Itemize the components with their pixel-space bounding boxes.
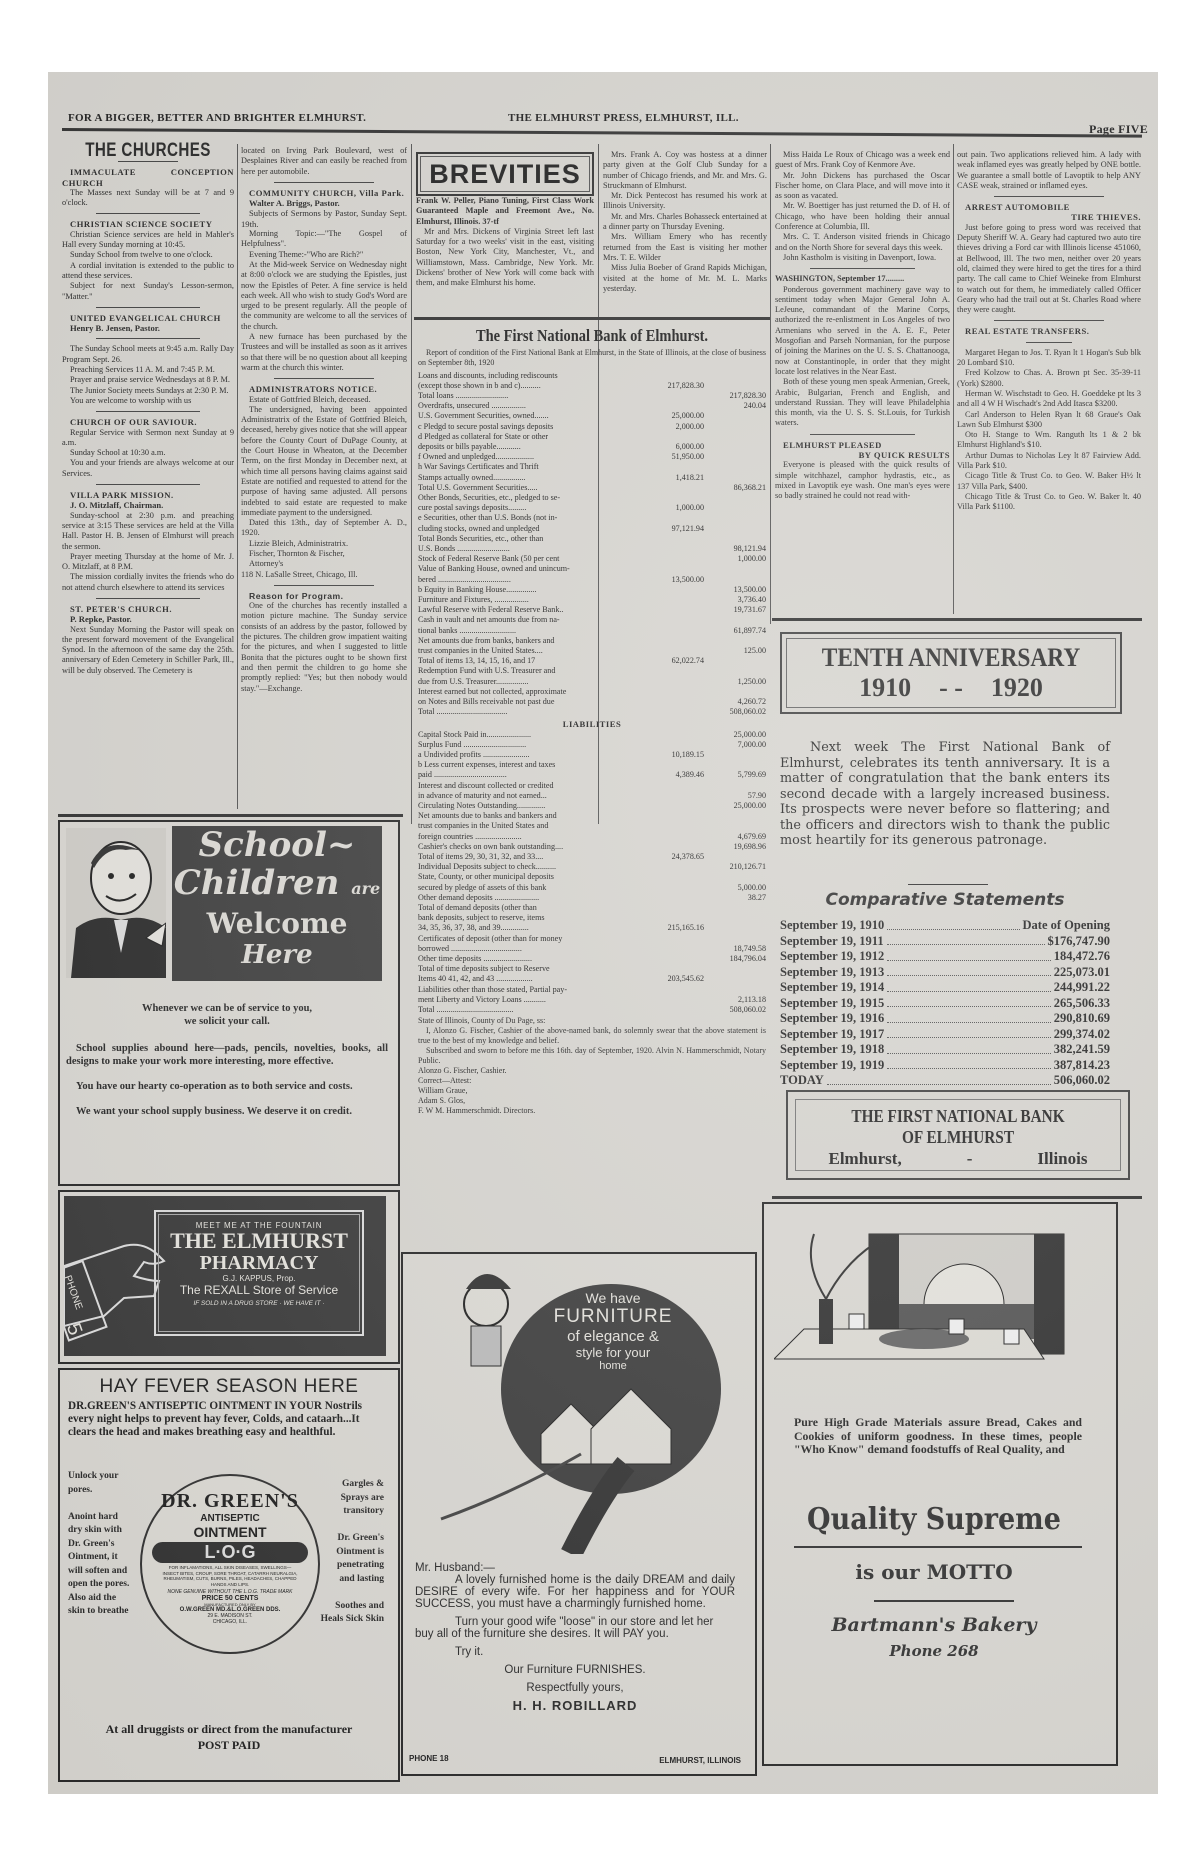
report-row: in advance of maturity and not earned...… bbox=[418, 791, 766, 801]
report-row: h War Savings Certificates and Thrift bbox=[418, 462, 766, 472]
church-chairman: J. O. Mitzlaff, Chairman. bbox=[62, 500, 234, 510]
row-total bbox=[704, 452, 766, 462]
row-total bbox=[704, 493, 766, 503]
row-label: Circulating Notes Outstanding...........… bbox=[418, 801, 626, 811]
report-row: trust companies in the United States....… bbox=[418, 646, 766, 656]
statement-row: September 19, 1916290,810.69 bbox=[780, 1011, 1110, 1027]
seal-uses: FOR INFLAMATIONS, ALL SKIN DISEASES, SWE… bbox=[162, 1565, 298, 1587]
brevities-left: Frank W. Peller, Piano Tuning, First Cla… bbox=[416, 196, 594, 289]
signature: Correct—Attest: bbox=[418, 1076, 766, 1086]
brevity-item: Mrs. Frank A. Coy was hostess at a dinne… bbox=[603, 150, 767, 191]
row-label: (except those shown in b and c).........… bbox=[418, 381, 626, 391]
row-subtotal bbox=[626, 872, 704, 882]
row-label: Interest earned but not collected, appro… bbox=[418, 687, 626, 697]
row-label: foreign countries ......................… bbox=[418, 832, 626, 842]
row-label: a Undivided profits ....................… bbox=[418, 750, 626, 760]
separator-dash: - bbox=[967, 1149, 973, 1169]
report-row: due from U.S. Treasurer................1… bbox=[418, 677, 766, 687]
row-label: Total of time deposits subject to Reserv… bbox=[418, 964, 626, 974]
row-total: 25,000.00 bbox=[704, 801, 766, 811]
row-subtotal bbox=[626, 862, 704, 872]
statement-value: 506,060.02 bbox=[1054, 1073, 1110, 1089]
church-body: You are welcome to worship with us bbox=[62, 396, 234, 406]
row-subtotal bbox=[626, 964, 704, 974]
row-subtotal bbox=[626, 944, 704, 954]
row-subtotal: 51,950.00 bbox=[626, 452, 704, 462]
row-label: Stamps actually owned................ bbox=[418, 473, 626, 483]
news-item: John Kastholm is visiting in Davenport, … bbox=[775, 253, 950, 263]
church-body: Sunday School at 10:30 a.m. bbox=[62, 448, 234, 458]
row-label: Other time deposits ....................… bbox=[418, 954, 626, 964]
brevity-item: Mr and Mrs. Dickens of Virginia Street l… bbox=[416, 227, 594, 289]
transfer-item: Oto H. Stange to Wm. Ranguth lts 1 & 2 b… bbox=[957, 430, 1141, 451]
brevity-item: Mr. Dick Pentecost has resumed his work … bbox=[603, 191, 767, 212]
report-row: Interest and discount collected or credi… bbox=[418, 781, 766, 791]
row-label: tional banks ...........................… bbox=[418, 626, 626, 636]
row-subtotal bbox=[626, 821, 704, 831]
signature: 118 N. LaSalle Street, Chicago, Ill. bbox=[241, 570, 407, 580]
row-label: b Equity in Banking House............... bbox=[418, 585, 626, 595]
church-body: Regular Service with Sermon next Sunday … bbox=[62, 428, 234, 449]
row-label: Total ..................................… bbox=[418, 707, 626, 717]
row-total: 19,731.67 bbox=[704, 605, 766, 615]
statement-row: September 19, 1915265,506.33 bbox=[780, 996, 1110, 1012]
statement-row: September 19, 1914244,991.22 bbox=[780, 980, 1110, 996]
banner-line: School~ bbox=[172, 826, 382, 864]
side-text: Also aid the skin to breathe bbox=[68, 1592, 130, 1619]
article-body: Ponderous government machinery gave way … bbox=[775, 285, 950, 378]
report-row: d Pledged as collateral for State or oth… bbox=[418, 432, 766, 442]
report-row: Furniture and Fixtures, ................… bbox=[418, 595, 766, 605]
row-total: 1,250.00 bbox=[704, 677, 766, 687]
report-row: Net amounts due from banks, bankers and bbox=[418, 636, 766, 646]
report-row: (except those shown in b and c).........… bbox=[418, 381, 766, 391]
column-four: Miss Haida Le Roux of Chicago was a week… bbox=[775, 150, 950, 502]
report-row: trust companies in the United States and bbox=[418, 821, 766, 831]
headline-line: home bbox=[523, 1360, 703, 1372]
row-label: in advance of maturity and not earned... bbox=[418, 791, 626, 801]
statement-value: 244,991.22 bbox=[1054, 980, 1110, 996]
row-total bbox=[704, 524, 766, 534]
signature: Lizzie Bleich, Administratrix. bbox=[241, 539, 407, 549]
row-total bbox=[704, 666, 766, 676]
row-total: 240.04 bbox=[704, 401, 766, 411]
church-name: CHURCH OF OUR SAVIOUR. bbox=[62, 417, 234, 427]
continued-text: out pain. Two applications relieved him.… bbox=[957, 150, 1141, 191]
ad-closing: Respectfully yours, bbox=[415, 1682, 735, 1694]
row-label: Surplus Fund ...........................… bbox=[418, 740, 626, 750]
column-five: out pain. Two applications relieved him.… bbox=[957, 150, 1141, 513]
row-subtotal bbox=[626, 883, 704, 893]
row-total bbox=[704, 636, 766, 646]
statement-date: September 19, 1918 bbox=[780, 1042, 884, 1058]
row-subtotal bbox=[626, 730, 704, 740]
article-heading: REAL ESTATE TRANSFERS. bbox=[957, 326, 1141, 336]
side-text: Unlock your pores. bbox=[68, 1470, 130, 1497]
row-total bbox=[704, 371, 766, 381]
hay-right-side: Gargles & Sprays are transitory Dr. Gree… bbox=[320, 1478, 384, 1627]
church-body: Sunday School from twelve to one o'clock… bbox=[62, 250, 234, 260]
article-heading: TIRE THIEVES. bbox=[957, 212, 1141, 222]
ad-line: Whenever we can be of service to you, bbox=[66, 1002, 388, 1015]
row-subtotal bbox=[626, 707, 704, 717]
report-row: cure postal savings deposits.........1,0… bbox=[418, 503, 766, 513]
row-label: Total of demand deposits (other than bbox=[418, 903, 626, 913]
church-name: ST. PETER'S CHURCH. bbox=[62, 604, 234, 614]
comparative-title: Comparative Statements bbox=[780, 890, 1110, 910]
row-subtotal: 203,545.62 bbox=[626, 974, 704, 984]
row-total bbox=[704, 432, 766, 442]
row-total bbox=[704, 687, 766, 697]
statement-date: September 19, 1914 bbox=[780, 980, 884, 996]
row-total bbox=[704, 473, 766, 483]
ad-paragraph: A lovely furnished home is the daily DRE… bbox=[415, 1574, 735, 1610]
paper-name: THE ELMHURST PRESS, ELMHURST, ILL. bbox=[508, 112, 739, 124]
report-row: Redemption Fund with U.S. Treasurer and bbox=[418, 666, 766, 676]
report-row: paid ...................................… bbox=[418, 770, 766, 780]
row-subtotal bbox=[626, 493, 704, 503]
row-label: Net amounts due to banks and bankers and bbox=[418, 811, 626, 821]
report-row: deposits or bills payable............6,0… bbox=[418, 442, 766, 452]
side-text: Soothes and Heals Sick Skin bbox=[320, 1600, 384, 1627]
article-heading: BY QUICK RESULTS bbox=[775, 450, 950, 460]
bakery-ad: Pure High Grade Materials assure Bread, … bbox=[762, 1202, 1118, 1766]
row-label: U.S. Government Securities, owned....... bbox=[418, 411, 626, 421]
article-heading: Reason for Program. bbox=[241, 591, 407, 601]
statement-value: 265,506.33 bbox=[1054, 996, 1110, 1012]
row-label: h War Savings Certificates and Thrift bbox=[418, 462, 626, 472]
report-row: Total of items 13, 14, 15, 16, and 1762,… bbox=[418, 656, 766, 666]
hay-footer2: POST PAID bbox=[60, 1738, 398, 1753]
churches-title: THE CHURCHES bbox=[79, 146, 217, 156]
row-total: 5,799.69 bbox=[704, 770, 766, 780]
row-label: Total loans .......................... bbox=[418, 391, 626, 401]
banner-line: are bbox=[351, 879, 380, 898]
divider bbox=[794, 1546, 1082, 1548]
report-row: Liabilities other than those stated, Par… bbox=[418, 985, 766, 995]
row-label: cure postal savings deposits......... bbox=[418, 503, 626, 513]
news-item: Mr. W. Boettiger has just returned the D… bbox=[775, 201, 950, 232]
report-row: Total Bonds Securities, etc., other than bbox=[418, 534, 766, 544]
statement-row: September 19, 1919387,814.23 bbox=[780, 1058, 1110, 1074]
row-subtotal bbox=[626, 585, 704, 595]
statement-date: September 19, 1911 bbox=[780, 934, 884, 950]
report-row: c Pledgd to secure postal savings deposi… bbox=[418, 422, 766, 432]
report-row: on Notes and Bills receivable not past d… bbox=[418, 697, 766, 707]
boy-illustration-icon bbox=[66, 828, 166, 978]
report-row: Interest earned but not collected, appro… bbox=[418, 687, 766, 697]
row-total bbox=[704, 750, 766, 760]
row-total bbox=[704, 913, 766, 923]
article-body: At the Mid-week Service on Wednesday nig… bbox=[241, 260, 407, 332]
row-subtotal bbox=[626, 677, 704, 687]
row-subtotal bbox=[626, 995, 704, 1005]
row-total: 1,000.00 bbox=[704, 554, 766, 564]
report-row: f Owned and unpledged...................… bbox=[418, 452, 766, 462]
church-name: VILLA PARK MISSION. bbox=[62, 490, 234, 500]
brevities-box: BREVITIES bbox=[416, 152, 594, 196]
article-body: The undersigned, having been appointed A… bbox=[241, 405, 407, 518]
sermon-subjects: Subjects of Sermons by Pastor, Sunday Se… bbox=[241, 208, 407, 229]
report-row: Items 40 41, 42, and 43 ................… bbox=[418, 974, 766, 984]
transfer-item: Chicago Title & Trust Co. to Geo. W. Bak… bbox=[957, 492, 1141, 513]
row-subtotal: 13,500.00 bbox=[626, 575, 704, 585]
row-total bbox=[704, 781, 766, 791]
row-subtotal bbox=[626, 626, 704, 636]
report-row: bank deposits, subject to reserve, items bbox=[418, 913, 766, 923]
signature: Adam S. Glos, bbox=[418, 1096, 766, 1106]
bakery-name: Bartmann's Bakery bbox=[784, 1614, 1084, 1636]
row-label: Lawful Reserve with Federal Reserve Bank… bbox=[418, 605, 626, 615]
church-body: Prayer and praise service Wednesdays at … bbox=[62, 375, 234, 385]
report-row: Total U.S. Government Securities.....86,… bbox=[418, 483, 766, 493]
statement-date: September 19, 1912 bbox=[780, 949, 884, 965]
row-total: 508,060.02 bbox=[704, 1005, 766, 1015]
row-subtotal bbox=[626, 934, 704, 944]
year-end: 1920 bbox=[991, 673, 1043, 703]
row-label: on Notes and Bills receivable not past d… bbox=[418, 697, 626, 707]
row-subtotal bbox=[626, 687, 704, 697]
article-heading: ELMHURST PLEASED bbox=[775, 440, 950, 450]
bank-name-line1: THE FIRST NATIONAL BANK bbox=[820, 1106, 1095, 1127]
bakery-ad-body: Pure High Grade Materials assure Bread, … bbox=[794, 1416, 1082, 1457]
row-total: 508,060.02 bbox=[704, 707, 766, 717]
report-row: Total loans ..........................21… bbox=[418, 391, 766, 401]
brevity-item: Frank W. Peller, Piano Tuning, First Cla… bbox=[416, 196, 594, 227]
row-label: Cash in vault and net amounts due from n… bbox=[418, 615, 626, 625]
report-row: State, County, or other municipal deposi… bbox=[418, 872, 766, 882]
row-label: Items 40 41, 42, and 43 ................… bbox=[418, 974, 626, 984]
report-row: Total ..................................… bbox=[418, 1005, 766, 1015]
row-total: 5,000.00 bbox=[704, 883, 766, 893]
statement-row: September 19, 1911$176,747.90 bbox=[780, 934, 1110, 950]
pharmacy-name: THE ELMHURST bbox=[156, 1230, 362, 1252]
row-label: d Pledged as collateral for State or oth… bbox=[418, 432, 626, 442]
statement-value: 299,374.02 bbox=[1054, 1027, 1110, 1043]
row-label: Stock of Federal Reserve Bank (50 per ce… bbox=[418, 554, 626, 564]
church-body: The Junior Society meets Sundays at 2:30… bbox=[62, 386, 234, 396]
oath-line: I, Alonzo G. Fischer, Cashier of the abo… bbox=[418, 1026, 766, 1046]
report-row: Value of Banking House, owned and unincu… bbox=[418, 564, 766, 574]
row-total: 61,897.74 bbox=[704, 626, 766, 636]
bank-report: The First National Bank of Elmhurst. Rep… bbox=[414, 326, 770, 1117]
row-label: Value of Banking House, owned and unincu… bbox=[418, 564, 626, 574]
report-row: Lawful Reserve with Federal Reserve Bank… bbox=[418, 605, 766, 615]
row-total: 210,126.71 bbox=[704, 862, 766, 872]
row-total: 184,796.04 bbox=[704, 954, 766, 964]
statement-value: 290,810.69 bbox=[1054, 1011, 1110, 1027]
row-label: Redemption Fund with U.S. Treasurer and bbox=[418, 666, 626, 676]
report-row: Cash in vault and net amounts due from n… bbox=[418, 615, 766, 625]
row-label: bered ..................................… bbox=[418, 575, 626, 585]
bakery-phone: Phone 268 bbox=[784, 1642, 1084, 1660]
row-subtotal bbox=[626, 985, 704, 995]
row-label: Furniture and Fixtures, ................… bbox=[418, 595, 626, 605]
church-name: CHRISTIAN SCIENCE SOCIETY bbox=[62, 219, 234, 229]
report-row: Total of time deposits subject to Reserv… bbox=[418, 964, 766, 974]
row-subtotal bbox=[626, 913, 704, 923]
row-total bbox=[704, 442, 766, 452]
article-body: Dated this 13th., day of September A. D.… bbox=[241, 518, 407, 539]
signature: F. W M. Hammerschmidt. Directors. bbox=[418, 1106, 766, 1116]
merchant-name: H. H. ROBILLARD bbox=[415, 1700, 735, 1712]
signature: William Graue, bbox=[418, 1086, 766, 1096]
row-subtotal bbox=[626, 432, 704, 442]
seal-city: CHICAGO, ILL. bbox=[142, 1619, 318, 1625]
comparative-statements: September 19, 1910Date of OpeningSeptemb… bbox=[780, 918, 1110, 1089]
row-subtotal bbox=[626, 615, 704, 625]
row-total bbox=[704, 534, 766, 544]
article-body: One of the churches has recently install… bbox=[241, 601, 407, 694]
row-total bbox=[704, 872, 766, 882]
row-total bbox=[704, 615, 766, 625]
section-rule bbox=[58, 814, 403, 817]
row-subtotal: 10,189.15 bbox=[626, 750, 704, 760]
row-label: f Owned and unpledged................... bbox=[418, 452, 626, 462]
row-label: deposits or bills payable............ bbox=[418, 442, 626, 452]
report-row: U.S. Government Securities, owned.......… bbox=[418, 411, 766, 421]
report-row: Individual Deposits subject to check....… bbox=[418, 862, 766, 872]
statement-row: September 19, 1913225,073.01 bbox=[780, 965, 1110, 981]
bank-report-intro: Report of condition of the First Nationa… bbox=[418, 348, 766, 369]
row-total: 57.90 bbox=[704, 791, 766, 801]
row-label: Certificates of deposit (other than for … bbox=[418, 934, 626, 944]
row-total bbox=[704, 974, 766, 984]
statement-value: Date of Opening bbox=[1023, 918, 1111, 934]
church-body: Christian Science services are held in M… bbox=[62, 230, 234, 251]
hay-left-side: Unlock your pores. Anoint hard dry skin … bbox=[68, 1470, 130, 1619]
breakfast-table-illustration-icon bbox=[774, 1224, 1074, 1374]
transfer-item: Herman W. Wischstadt to Geo. H. Goeddeke… bbox=[957, 389, 1141, 410]
statement-value: 225,073.01 bbox=[1054, 965, 1110, 981]
row-total: 13,500.00 bbox=[704, 585, 766, 595]
row-total bbox=[704, 964, 766, 974]
row-label: 34, 35, 36, 37, 38, and 39.............. bbox=[418, 923, 626, 933]
row-total: 18,749.58 bbox=[704, 944, 766, 954]
church-body: A cordial invitation is extended to the … bbox=[62, 261, 234, 282]
article-body: Morning Topic:—"The Gospel of Helpfulnes… bbox=[241, 229, 407, 250]
row-subtotal bbox=[626, 832, 704, 842]
row-subtotal bbox=[626, 801, 704, 811]
hay-footer1: At all druggists or direct from the manu… bbox=[60, 1722, 398, 1737]
pharmacy-proprietor: G.J. KAPPUS, Prop. bbox=[156, 1274, 362, 1283]
anniversary-title: TENTH ANNIVERSARY bbox=[803, 643, 1098, 673]
row-subtotal bbox=[626, 893, 704, 903]
row-subtotal bbox=[626, 371, 704, 381]
ointment-seal: DR. GREEN'S ANTISEPTIC OINTMENT L·O·G FO… bbox=[140, 1474, 320, 1654]
banner-line: Welcome bbox=[172, 908, 382, 940]
statement-value: 387,814.23 bbox=[1054, 1058, 1110, 1074]
church-body: You and your friends are always welcome … bbox=[62, 458, 234, 479]
news-item: Mrs. C. T. Anderson visited friends in C… bbox=[775, 232, 950, 253]
report-row: secured by pledge of assets of this bank… bbox=[418, 883, 766, 893]
statement-row: TODAY506,060.02 bbox=[780, 1073, 1110, 1089]
furniture-location: ELMHURST, ILLINOIS bbox=[659, 1756, 741, 1765]
row-label: Total of items 29, 30, 31, 32, and 33...… bbox=[418, 852, 626, 862]
church-body: Subject for next Sunday's Lesson-sermon,… bbox=[62, 281, 234, 302]
seal-price: PRICE 50 CENTS bbox=[142, 1595, 318, 1602]
hay-fever-ad: HAY FEVER SEASON HERE DR.GREEN'S ANTISEP… bbox=[58, 1368, 400, 1782]
year-dash: - - bbox=[939, 673, 963, 703]
row-subtotal bbox=[626, 595, 704, 605]
row-subtotal: 217,828.30 bbox=[626, 381, 704, 391]
pharmacy-name: PHARMACY bbox=[156, 1252, 362, 1274]
row-subtotal: 25,000.00 bbox=[626, 411, 704, 421]
row-subtotal bbox=[626, 903, 704, 913]
furniture-ad-body: Mr. Husband:— A lovely furnished home is… bbox=[415, 1562, 735, 1712]
statement-date: September 19, 1916 bbox=[780, 1011, 884, 1027]
report-row: Overdrafts, unsecured .................2… bbox=[418, 401, 766, 411]
banner-line: Here bbox=[172, 940, 382, 970]
report-row: Certificates of deposit (other than for … bbox=[418, 934, 766, 944]
brevities-right: Mrs. Frank A. Coy was hostess at a dinne… bbox=[603, 150, 767, 294]
row-label: U.S. Bonds .......................... bbox=[418, 544, 626, 554]
statement-date: September 19, 1913 bbox=[780, 965, 884, 981]
row-total bbox=[704, 513, 766, 523]
statement-date: September 19, 1915 bbox=[780, 996, 884, 1012]
church-body: The Masses next Sunday will be at 7 and … bbox=[62, 188, 234, 209]
oath-line: Subscribed and sworn to before me this 1… bbox=[418, 1046, 766, 1066]
row-subtotal bbox=[626, 513, 704, 523]
report-row: Circulating Notes Outstanding...........… bbox=[418, 801, 766, 811]
statement-row: September 19, 1917299,374.02 bbox=[780, 1027, 1110, 1043]
row-total: 25,000.00 bbox=[704, 730, 766, 740]
row-total bbox=[704, 656, 766, 666]
report-row: Other time deposits ....................… bbox=[418, 954, 766, 964]
continued-text: located on Irving Park Boulevard, west o… bbox=[241, 146, 407, 177]
report-row: Surplus Fund ...........................… bbox=[418, 740, 766, 750]
news-item: Mr. John Dickens has purchased the Oscar… bbox=[775, 171, 950, 202]
section-rule bbox=[414, 317, 770, 320]
article-heading: COMMUNITY CHURCH, Villa Park. bbox=[241, 188, 407, 198]
brevity-item: Mrs. William Emery who has recently retu… bbox=[603, 232, 767, 263]
row-total: 217,828.30 bbox=[704, 391, 766, 401]
side-text: Anoint hard dry skin with Dr. Green's Oi… bbox=[68, 1511, 130, 1592]
school-ad-body: Whenever we can be of service to you, we… bbox=[66, 1002, 388, 1118]
report-row: Other demand deposits ..................… bbox=[418, 893, 766, 903]
hay-fever-intro: DR.GREEN'S ANTISEPTIC OINTMENT IN YOUR N… bbox=[68, 1400, 390, 1439]
pharmacy-banner: PHONE 5 MEET ME AT THE FOUNTAIN THE ELMH… bbox=[64, 1196, 386, 1356]
article-heading: ARREST AUTOMOBILE bbox=[957, 202, 1141, 212]
pharmacy-slogan: The REXALL Store of Service bbox=[156, 1283, 362, 1297]
row-label: Other demand deposits ..................… bbox=[418, 893, 626, 903]
row-subtotal: 97,121.94 bbox=[626, 524, 704, 534]
statement-row: September 19, 1918382,241.59 bbox=[780, 1042, 1110, 1058]
report-row: Cashier's checks on own bank outstanding… bbox=[418, 842, 766, 852]
row-total: 19,698.96 bbox=[704, 842, 766, 852]
row-label: trust companies in the United States.... bbox=[418, 646, 626, 656]
salutation: Mr. Husband:— bbox=[415, 1562, 735, 1574]
church-body: Preaching Services 11 A. M. and 7:45 P. … bbox=[62, 365, 234, 375]
row-total: 4,260.72 bbox=[704, 697, 766, 707]
furniture-ad: We have FURNITURE of elegance & style fo… bbox=[401, 1252, 757, 1776]
row-total bbox=[704, 411, 766, 421]
hay-fever-title: HAY FEVER SEASON HERE bbox=[60, 1376, 398, 1398]
row-label: Capital Stock Paid in...................… bbox=[418, 730, 626, 740]
transfer-item: Margaret Hegan to Jos. T. Ryan lt 1 Hoga… bbox=[957, 348, 1141, 369]
report-row: Stock of Federal Reserve Bank (50 per ce… bbox=[418, 554, 766, 564]
church-name: UNITED EVANGELICAL CHURCH bbox=[62, 313, 234, 323]
pharmacy-footer: IF SOLD IN A DRUG STORE · WE HAVE IT · bbox=[156, 1300, 362, 1307]
headline-line: FURNITURE bbox=[523, 1306, 703, 1328]
row-subtotal bbox=[626, 554, 704, 564]
statement-value: 382,241.59 bbox=[1054, 1042, 1110, 1058]
row-label: Total of items 13, 14, 15, 16, and 17 bbox=[418, 656, 626, 666]
report-row: 34, 35, 36, 37, 38, and 39..............… bbox=[418, 923, 766, 933]
row-subtotal bbox=[626, 483, 704, 493]
resources-table: Loans and discounts, including rediscoun… bbox=[414, 371, 770, 718]
pharmacy-ad: PHONE 5 MEET ME AT THE FOUNTAIN THE ELMH… bbox=[58, 1190, 400, 1364]
